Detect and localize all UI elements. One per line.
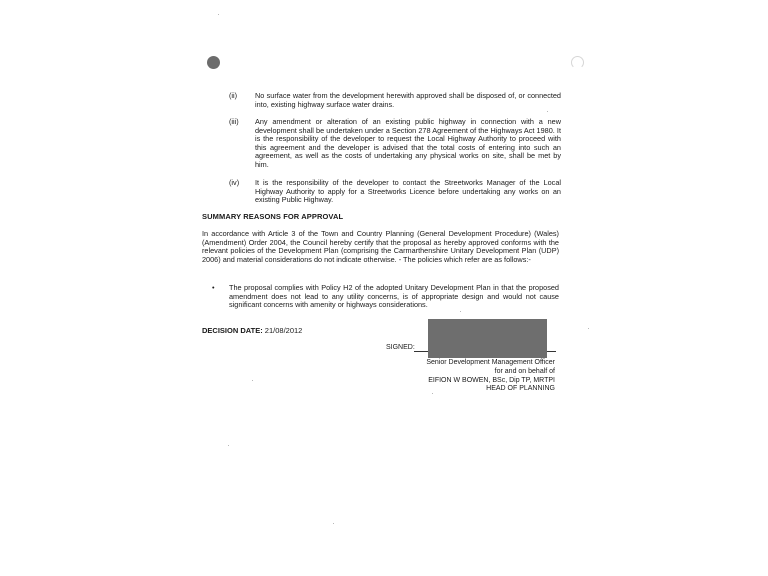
signatory-behalf: for and on behalf of <box>400 368 555 377</box>
condition-number: (ii) <box>229 92 253 101</box>
decision-date-value: 21/08/2012 <box>265 326 303 335</box>
condition-number: (iv) <box>229 179 253 188</box>
punch-hole-mark <box>207 56 220 69</box>
condition-text: It is the responsibility of the develope… <box>255 179 561 205</box>
condition-text: No surface water from the development he… <box>255 92 561 109</box>
redacted-signature <box>428 319 547 358</box>
signatory-position: HEAD OF PLANNING <box>400 385 555 394</box>
scan-speck <box>460 311 461 312</box>
scan-speck <box>228 445 229 446</box>
condition-number: (iii) <box>229 118 253 127</box>
condition-item: (ii) No surface water from the developme… <box>229 92 561 109</box>
condition-item: (iii) Any amendment or alteration of an … <box>229 118 561 170</box>
faint-punch-hole-mark <box>571 56 584 69</box>
signatory-block: Senior Development Management Officer fo… <box>400 359 555 394</box>
decision-date-label: DECISION DATE: <box>202 326 263 335</box>
scan-speck <box>333 523 334 524</box>
scan-speck <box>218 14 219 15</box>
scan-speck <box>547 111 548 112</box>
condition-item: (iv) It is the responsibility of the dev… <box>229 179 561 205</box>
document-page: (ii) No surface water from the developme… <box>0 0 768 576</box>
policy-bullet: • The proposal complies with Policy H2 o… <box>212 284 559 310</box>
decision-date: DECISION DATE: 21/08/2012 <box>202 326 302 335</box>
signed-label: SIGNED: <box>386 344 415 351</box>
summary-paragraph: In accordance with Article 3 of the Town… <box>202 230 559 264</box>
scan-speck <box>252 380 253 381</box>
summary-heading: SUMMARY REASONS FOR APPROVAL <box>202 212 343 221</box>
bullet-icon: • <box>212 284 215 293</box>
condition-text: Any amendment or alteration of an existi… <box>255 118 561 170</box>
scan-speck <box>588 328 589 329</box>
policy-bullet-text: The proposal complies with Policy H2 of … <box>229 284 559 310</box>
signatory-title: Senior Development Management Officer <box>400 359 555 368</box>
signatory-name: EIFION W BOWEN, BSc, Dip TP, MRTPI <box>400 377 555 386</box>
